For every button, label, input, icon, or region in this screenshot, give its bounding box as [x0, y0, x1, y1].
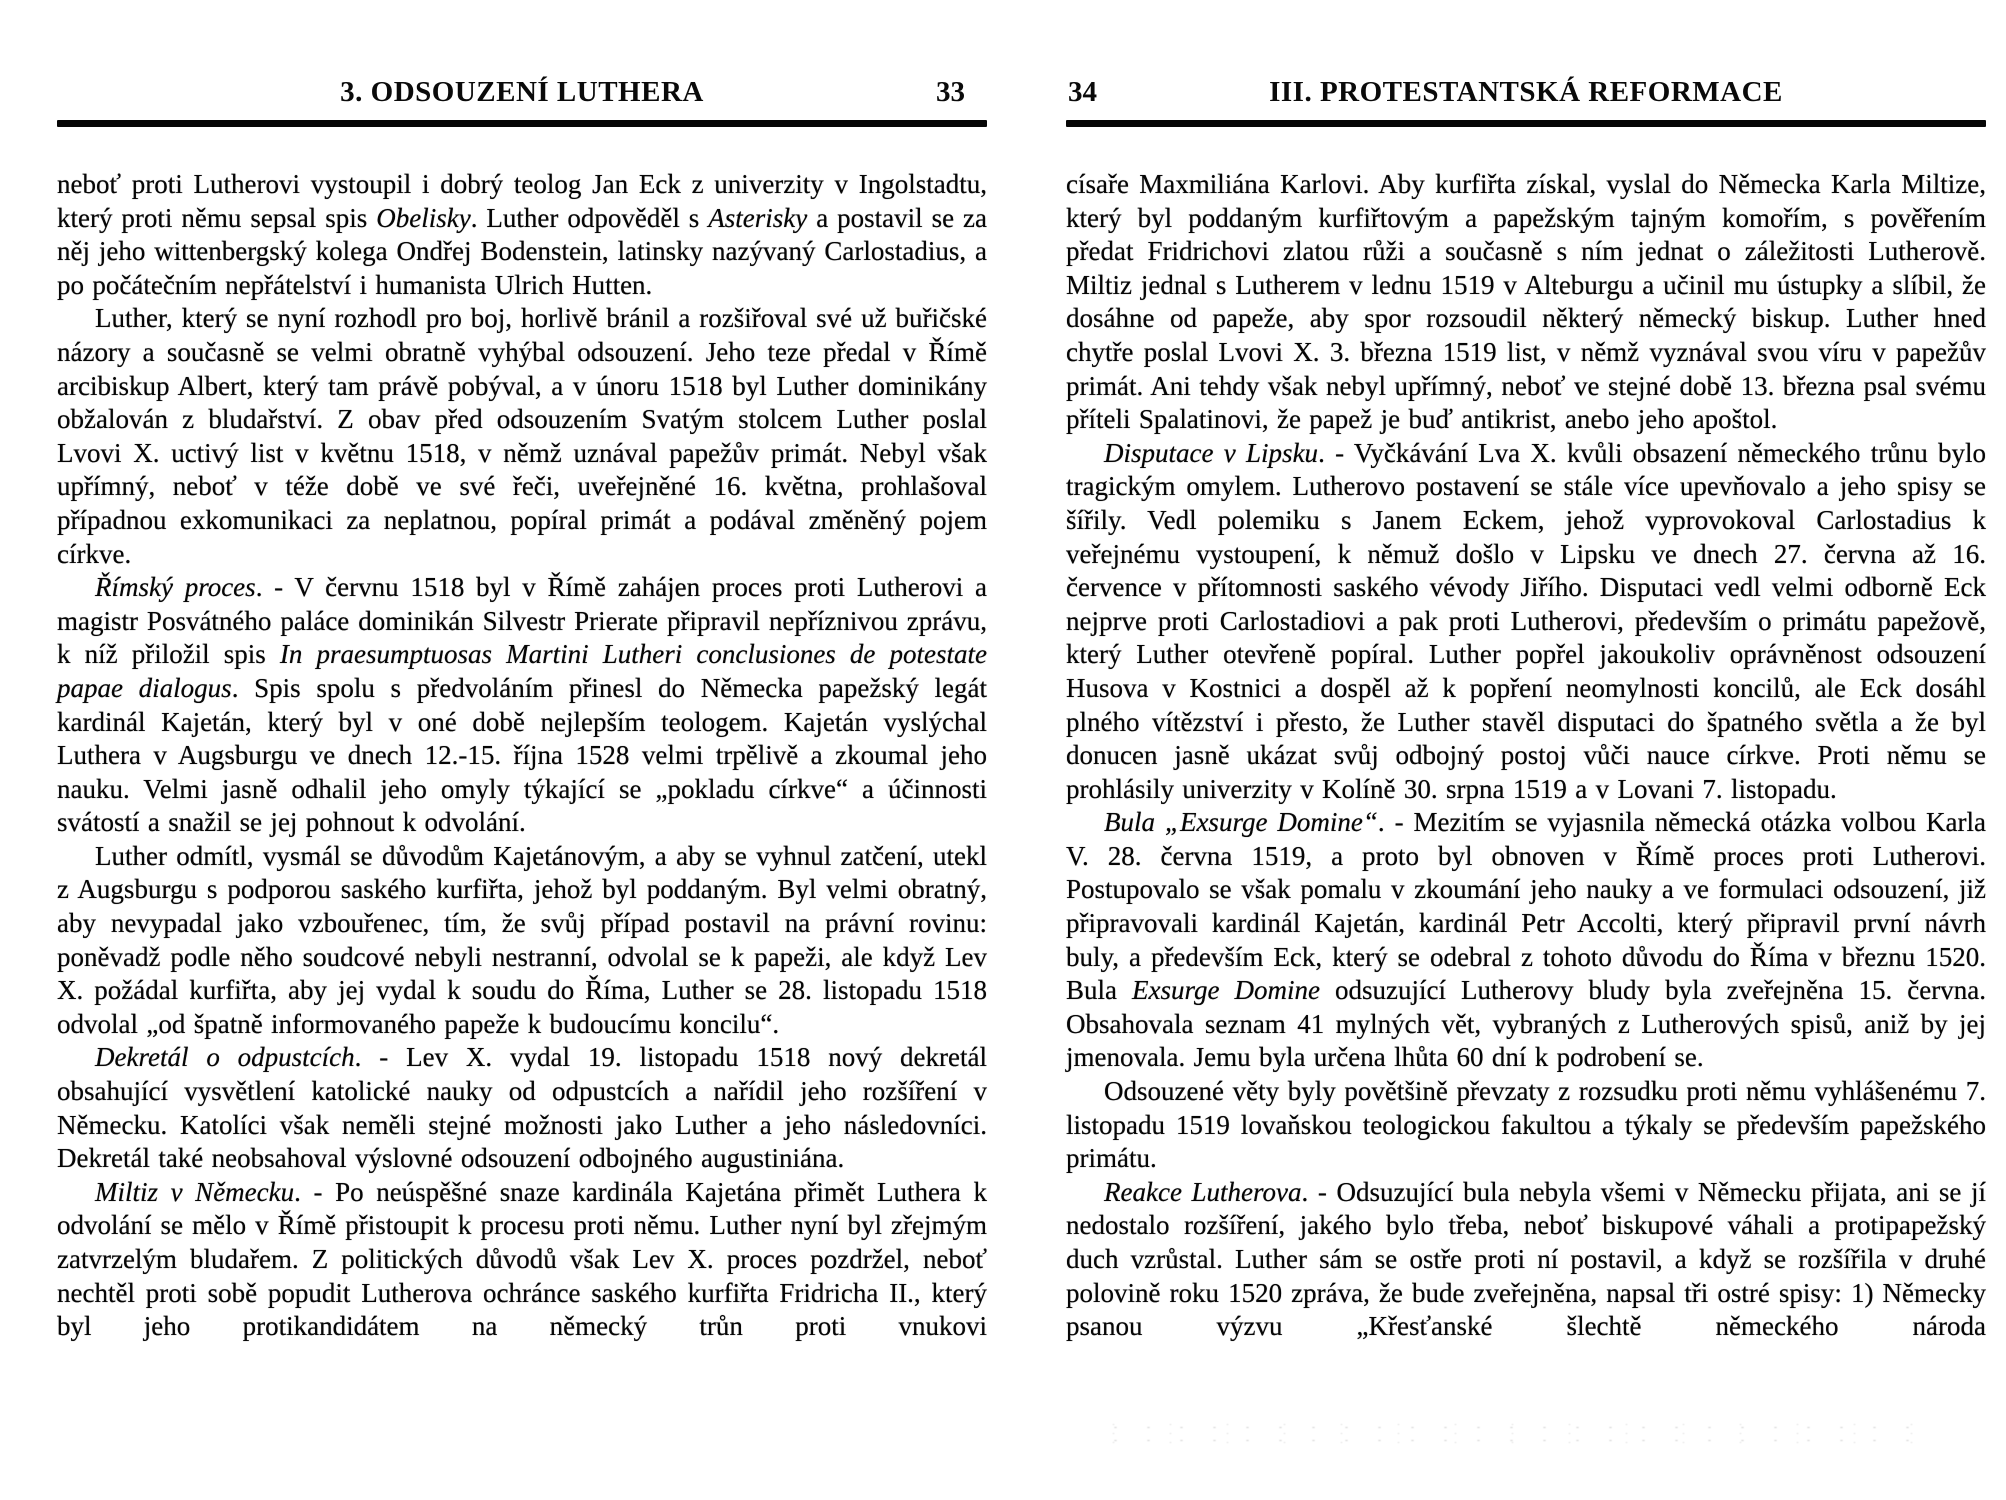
scanned-book-spread: { "document": { "left_page": { "header_t… — [0, 0, 2006, 1500]
chapter-title: III. PROTESTANTSKÁ REFORMACE — [1066, 76, 1986, 109]
italic-text-run: Římský proces — [95, 572, 256, 602]
paragraph: Odsouzené věty byly povětšině převzaty z… — [1066, 1075, 1986, 1176]
paragraph: císaře Maxmiliána Karlovi. Aby kurfiřta … — [1066, 168, 1986, 437]
paragraph: Římský proces. - V červnu 1518 byl v Řím… — [57, 571, 987, 840]
book-page-left: 3. ODSOUZENÍ LUTHERA 33 neboť proti Luth… — [57, 76, 987, 1344]
italic-text-run: Obelisky — [376, 203, 470, 233]
paragraph: Reakce Lutherova. - Odsuzující bula neby… — [1066, 1176, 1986, 1344]
running-head: 34 III. PROTESTANTSKÁ REFORMACE — [1066, 76, 1986, 120]
text-run: . - Vyčkávání Lva X. kvůli obsazení něme… — [1066, 438, 1986, 804]
italic-text-run: Asterisky — [708, 203, 807, 233]
paragraph: Luther odmítl, vysmál se důvodům Kajetán… — [57, 840, 987, 1042]
text-run: Luther, který se nyní rozhodl pro boj, h… — [57, 303, 987, 568]
header-rule — [1066, 120, 1986, 127]
scan-noise-artifact — [1085, 1424, 1935, 1450]
paragraph: Luther, který se nyní rozhodl pro boj, h… — [57, 302, 987, 571]
running-head: 3. ODSOUZENÍ LUTHERA 33 — [57, 76, 987, 120]
paragraph: Bula „Exsurge Domine“. - Mezitím se vyja… — [1066, 806, 1986, 1075]
italic-text-run: Disputace v Lipsku — [1104, 438, 1318, 468]
header-rule — [57, 120, 987, 127]
page-number: 33 — [936, 76, 965, 109]
text-run: císaře Maxmiliána Karlovi. Aby kurfiřta … — [1066, 169, 1986, 434]
italic-text-run: Bula „Exsurge Domine“ — [1104, 807, 1378, 837]
italic-text-run: Reakce Lutherova — [1104, 1177, 1302, 1207]
paragraph: Disputace v Lipsku. - Vyčkávání Lva X. k… — [1066, 437, 1986, 807]
italic-text-run: Exsurge Domine — [1132, 975, 1320, 1005]
page-body-text: neboť proti Lutherovi vystoupil i dobrý … — [57, 168, 987, 1344]
chapter-title: 3. ODSOUZENÍ LUTHERA — [57, 76, 987, 109]
paragraph: Miltiz v Německu. - Po neúspěšné snaze k… — [57, 1176, 987, 1344]
text-run: Luther odmítl, vysmál se důvodům Kajetán… — [57, 841, 987, 1039]
book-page-right: 34 III. PROTESTANTSKÁ REFORMACE císaře M… — [1066, 76, 1986, 1344]
italic-text-run: Miltiz v Německu — [95, 1177, 294, 1207]
paragraph: Dekretál o odpustcích. - Lev X. vydal 19… — [57, 1041, 987, 1175]
text-run: . Luther odpověděl s — [471, 203, 709, 233]
text-run: Odsouzené věty byly povětšině převzaty z… — [1066, 1076, 1986, 1173]
page-body-text: císaře Maxmiliána Karlovi. Aby kurfiřta … — [1066, 168, 1986, 1344]
paragraph: neboť proti Lutherovi vystoupil i dobrý … — [57, 168, 987, 302]
italic-text-run: Dekretál o odpustcích — [95, 1042, 355, 1072]
